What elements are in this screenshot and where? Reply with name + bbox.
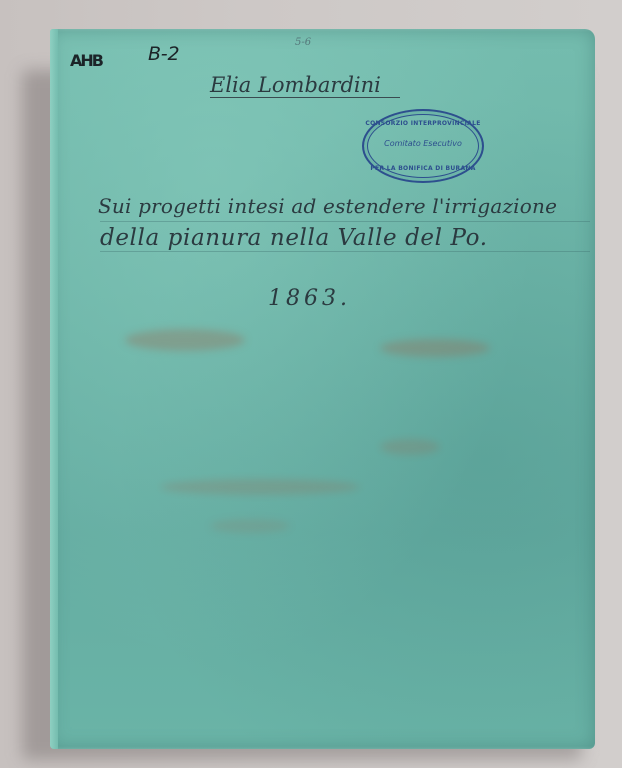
pencil-mark: 5-6: [295, 37, 311, 48]
stamp-bottom-text: PER LA BONIFICA DI BURANA: [364, 165, 482, 172]
stamp-center-text: Comitato Esecutivo: [364, 139, 482, 148]
institution-stamp: CONSORZIO INTERPROVINCIALE Comitato Esec…: [362, 109, 484, 183]
author-underline: [210, 97, 400, 98]
ruled-line: [100, 251, 590, 252]
title-line-2: della pianura nella Valle del Po.: [100, 225, 488, 251]
stain: [380, 439, 440, 455]
stain: [380, 339, 490, 357]
ruled-line: [100, 221, 590, 222]
title-line-1: Sui progetti intesi ad estendere l'irrig…: [98, 194, 557, 218]
inventory-mark: AHB: [70, 51, 102, 70]
stain: [160, 479, 360, 495]
publication-year: 1863.: [268, 286, 351, 311]
shelf-mark: B-2: [148, 43, 180, 65]
document-cover: AHB B-2 5-6 Elia Lombardini CONSORZIO IN…: [50, 29, 595, 749]
stain: [210, 519, 290, 533]
stain: [125, 329, 245, 351]
author-name: Elia Lombardini: [210, 73, 381, 97]
stamp-top-text: CONSORZIO INTERPROVINCIALE: [364, 120, 482, 127]
